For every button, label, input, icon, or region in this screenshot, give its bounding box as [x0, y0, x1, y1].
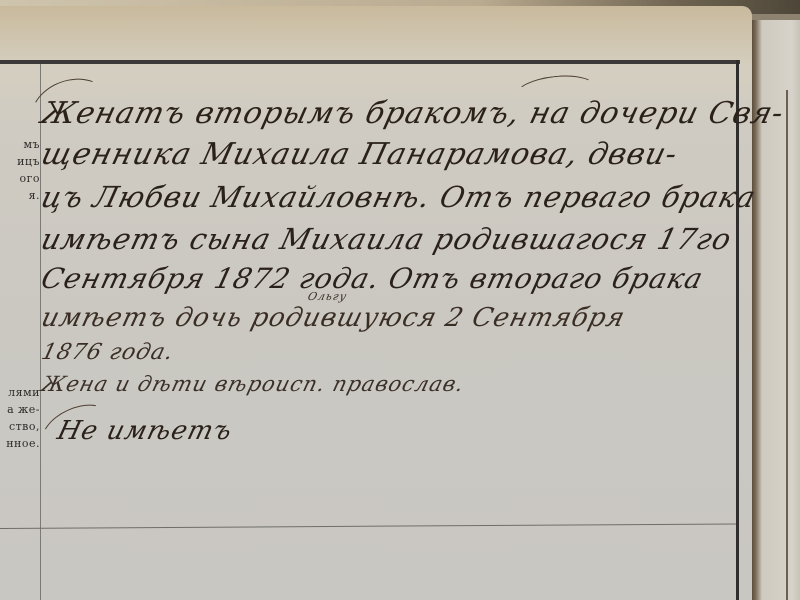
printed-margin-block-1: мъ ицъ ого я. [0, 136, 40, 204]
adjacent-page-rule [786, 90, 788, 600]
handwritten-line-8: Жена и дѣти вѣроисп. православ. [39, 372, 745, 396]
interlinear-note: Ольгу [306, 290, 348, 303]
printed-line: мъ [0, 136, 40, 153]
handwritten-line-1: Женатъ вторымъ бракомъ, на дочери Свя- [38, 96, 747, 131]
printed-frame-top-border [0, 60, 740, 64]
printed-line: а же- [0, 401, 40, 418]
handwritten-line-7: 1876 года. [39, 340, 745, 365]
handwritten-line-4: имѣетъ сына Михаила родившагося 17го [38, 222, 746, 256]
handwritten-line-3: цъ Любви Михайловнѣ. Отъ перваго брака [38, 180, 746, 214]
printed-line: лями [0, 384, 40, 401]
printed-margin-block-2: лями а же- ство, нное. [0, 384, 40, 452]
printed-line: ство, [0, 418, 40, 435]
printed-line: я. [0, 187, 40, 204]
handwritten-line-2: щенника Михаила Панарамова, двви- [38, 137, 747, 172]
handwritten-line-5: Сентября 1872 года. Отъ втораго брака [38, 262, 746, 295]
printed-line: ицъ [0, 153, 40, 170]
printed-line: ого [0, 170, 40, 187]
printed-line: нное. [0, 435, 40, 452]
handwritten-line-6: имѣетъ дочь родившуюся 2 Сентября [38, 303, 745, 333]
age-stain [0, 6, 752, 66]
handwritten-line-9: Не имѣетъ [54, 416, 761, 446]
